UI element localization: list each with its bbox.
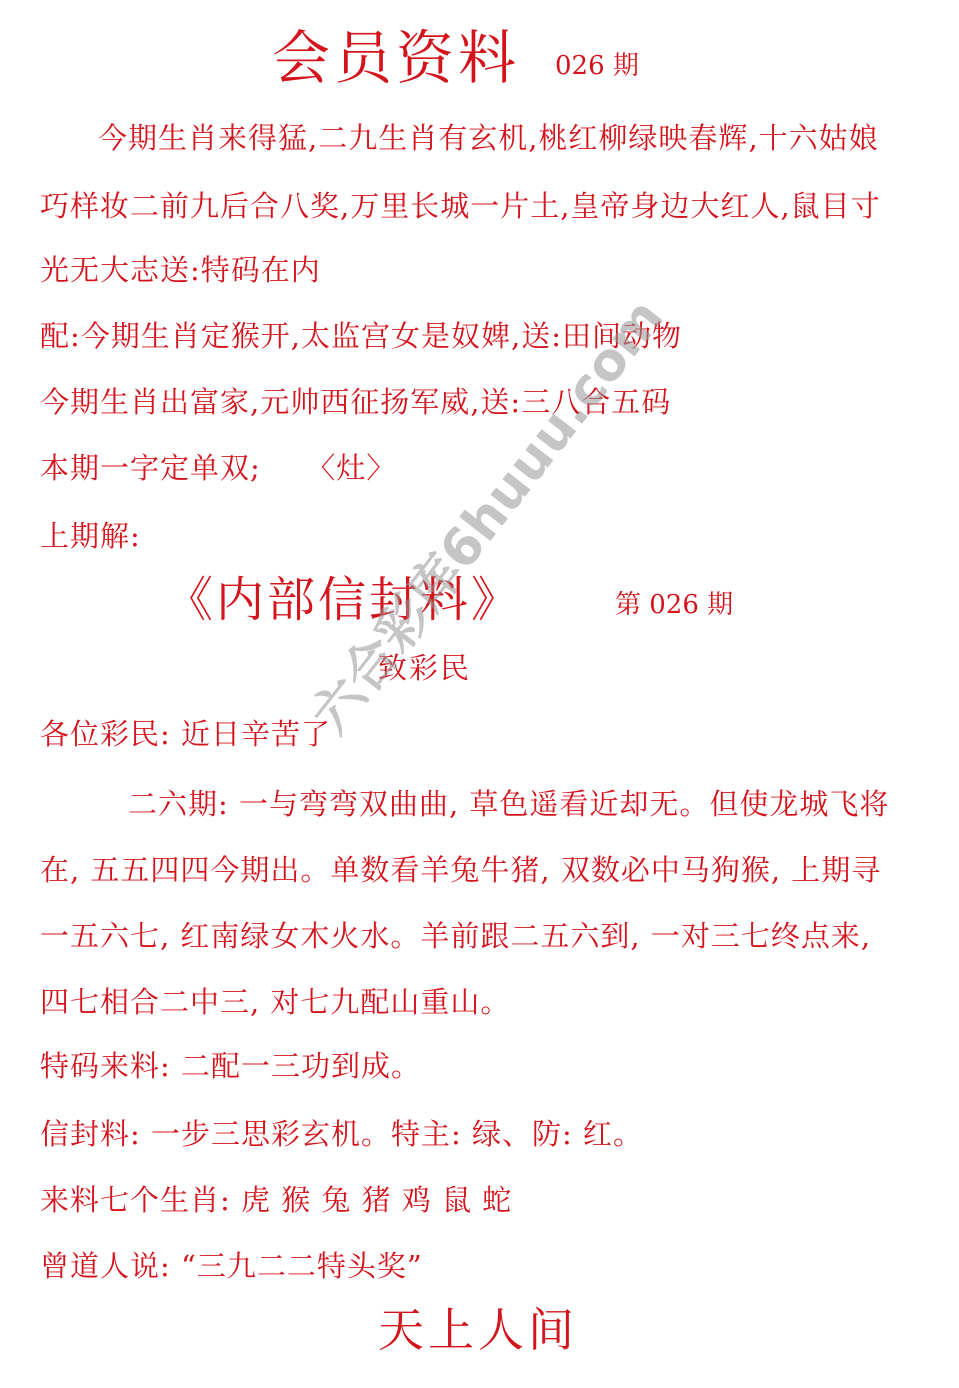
- taoist-says-line: 曾道人说: “三九二二特头奖”: [40, 1246, 423, 1286]
- text-line: 巧样妆二前九后合八奖,万里长城一片土,皇帝身边大红人,鼠目寸: [40, 186, 881, 226]
- text-line: 光无大志送:特码在内: [40, 250, 321, 290]
- seven-zodiacs-line: 来料七个生肖: 虎 猴 兔 猪 鸡 鼠 蛇: [40, 1180, 512, 1220]
- special-code-line: 特码来料: 二配一三功到成。: [40, 1046, 421, 1086]
- paragraph-line: 二六期: 一与弯弯双曲曲, 草色遥看近却无。但使龙城飞将: [128, 784, 889, 824]
- text-line: 本期一字定单双; 〈灶〉: [40, 448, 396, 488]
- page-title: 会员资料: [272, 18, 520, 98]
- text-line: 今期生肖来得猛,二九生肖有玄机,桃红柳绿映春辉,十六姑娘: [98, 118, 879, 158]
- paragraph-line: 在, 五五四四今期出。单数看羊兔牛猪, 双数必中马狗猴, 上期寻: [40, 850, 881, 890]
- paragraph-line: 四七相合二中三, 对七九配山重山。: [40, 982, 510, 1022]
- text-line: 上期解:: [40, 516, 141, 556]
- paragraph-line: 一五六七, 红南绿女木火水。羊前跟二五六到, 一对三七终点来,: [40, 916, 871, 956]
- envelope-issue-number: 第 026 期: [615, 585, 733, 625]
- greeting: 各位彩民: 近日辛苦了: [40, 714, 331, 754]
- footer-title: 天上人间: [378, 1298, 578, 1362]
- envelope-note-line: 信封料: 一步三思彩玄机。特主: 绿、防: 红。: [40, 1114, 643, 1154]
- issue-number: 026 期: [555, 46, 639, 86]
